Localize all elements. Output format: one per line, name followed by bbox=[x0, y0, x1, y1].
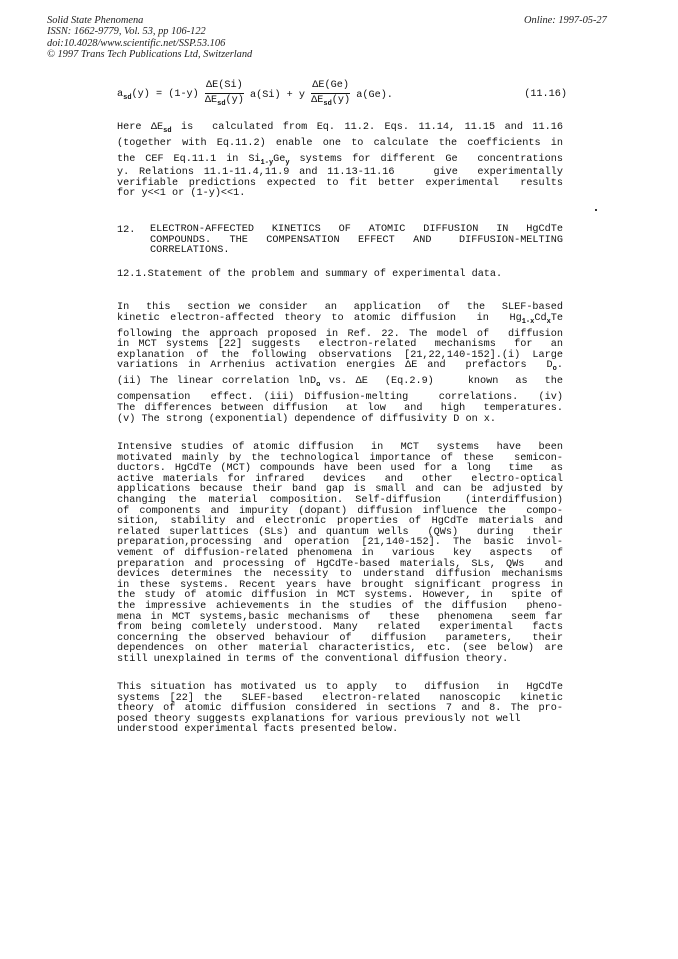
text-span: systems for different Ge concentrations bbox=[290, 154, 563, 165]
text-line: changing the material composition. Self-… bbox=[117, 496, 563, 507]
paragraph-section-intro: In this section we consider an applicati… bbox=[117, 303, 563, 425]
text-line: Intensive studies of atomic diffusion in… bbox=[117, 443, 563, 454]
fraction-ge: ΔE(Ge)ΔEsd(y) bbox=[311, 80, 350, 111]
text-span: is calculated from Eq. 11.2. Eqs. 11.14,… bbox=[172, 122, 563, 133]
subsection-12-1-heading: 12.1.Statement of the problem and summar… bbox=[117, 270, 563, 281]
fraction-si-denominator: ΔEsd(y) bbox=[205, 94, 244, 111]
text-line: (v) The strong (exponential) dependence … bbox=[117, 415, 563, 426]
paragraph-coefficients: Here ΔEsd is calculated from Eq. 11.2. E… bbox=[117, 120, 563, 200]
text-line: y. Relations 11.1-11.4,11.9 and 11.13-11… bbox=[117, 168, 563, 179]
text-line: kinetic electron-affected theory to atom… bbox=[117, 314, 563, 330]
journal-name: Solid State Phenomena bbox=[47, 15, 252, 26]
eq-mid: a(Si) + y bbox=[244, 90, 311, 101]
text-span: the CEF Eq.11.1 in Si bbox=[117, 154, 261, 165]
text-line: still unexplained in terms of the conven… bbox=[117, 655, 563, 666]
fraction-si: ΔE(Si)ΔEsd(y) bbox=[205, 80, 244, 111]
text-line: (ii) The linear correlation lnDo vs. ΔE … bbox=[117, 377, 563, 393]
equation-number: (11.16) bbox=[524, 89, 567, 100]
text-span: . bbox=[557, 360, 563, 371]
equation-body: asd(y) = (1-y) ΔE(Si)ΔEsd(y) a(Si) + y Δ… bbox=[117, 80, 393, 111]
paragraph-mct-studies: Intensive studies of atomic diffusion in… bbox=[117, 443, 563, 665]
text-span: Ge bbox=[273, 154, 285, 165]
den-a: ΔE bbox=[311, 95, 323, 106]
text-line: understood experimental facts presented … bbox=[117, 725, 563, 736]
subscript: sd bbox=[163, 127, 171, 135]
text-line: the impressive achievements in the studi… bbox=[117, 602, 563, 613]
text-line: vement of diffusion-related phenomena in… bbox=[117, 549, 563, 560]
den-b: (y) bbox=[332, 95, 350, 106]
text-span: Cd bbox=[534, 313, 546, 324]
text-line: for y<<1 or (1-y)<<1. bbox=[117, 189, 563, 200]
den-sub: sd bbox=[217, 100, 225, 108]
text-line: the CEF Eq.11.1 in Si1-yGey systems for … bbox=[117, 152, 563, 168]
online-date: Online: 1997-05-27 bbox=[524, 15, 607, 26]
equation-11-16: asd(y) = (1-y) ΔE(Si)ΔEsd(y) a(Si) + y Δ… bbox=[117, 76, 567, 116]
text-line: (together with Eq.11.2) enable one to ca… bbox=[117, 136, 563, 152]
issn-line: ISSN: 1662-9779, Vol. 53, pp 106-122 bbox=[47, 26, 252, 37]
den-b: (y) bbox=[226, 95, 244, 106]
text-span: Here ΔE bbox=[117, 122, 163, 133]
eq-lhs-sub: sd bbox=[123, 94, 131, 102]
text-span: kinetic electron-affected theory to atom… bbox=[117, 313, 522, 324]
text-line: Here ΔEsd is calculated from Eq. 11.2. E… bbox=[117, 120, 563, 136]
text-span: variations in Arrhenius activation energ… bbox=[117, 360, 553, 371]
subsection-title: 12.1.Statement of the problem and summar… bbox=[117, 270, 563, 281]
eq-lhs-tail: (y) = (1-y) bbox=[132, 89, 205, 100]
section-title-line: CORRELATIONS. bbox=[150, 246, 563, 257]
section-number: 12. bbox=[117, 225, 135, 236]
fraction-ge-denominator: ΔEsd(y) bbox=[311, 94, 350, 111]
text-line: This situation has motivated us to apply… bbox=[117, 683, 563, 694]
fraction-si-numerator: ΔE(Si) bbox=[205, 80, 244, 94]
stray-mark bbox=[595, 209, 597, 211]
den-sub: sd bbox=[323, 100, 331, 108]
text-span: Te bbox=[551, 313, 563, 324]
subscript: 1-x bbox=[522, 318, 535, 326]
text-span: vs. ΔE (Eq.2.9) known as the bbox=[320, 376, 563, 387]
doi-line: doi:10.4028/www.scientific.net/SSP.53.10… bbox=[47, 38, 252, 49]
section-12-heading: 12. ELECTRON-AFFECTED KINETICS OF ATOMIC… bbox=[117, 225, 563, 257]
subscript: 1-y bbox=[261, 159, 274, 167]
eq-tail: a(Ge). bbox=[350, 90, 393, 101]
publication-header: Solid State Phenomena ISSN: 1662-9779, V… bbox=[47, 15, 252, 61]
text-line: variations in Arrhenius activation energ… bbox=[117, 361, 563, 377]
fraction-ge-numerator: ΔE(Ge) bbox=[311, 80, 350, 94]
text-line: The differences between diffusion at low… bbox=[117, 404, 563, 415]
text-span: (ii) The linear correlation lnD bbox=[117, 376, 316, 387]
paragraph-motivation: This situation has motivated us to apply… bbox=[117, 683, 563, 736]
section-title-line: ELECTRON-AFFECTED KINETICS OF ATOMIC DIF… bbox=[150, 225, 563, 236]
copyright-line: © 1997 Trans Tech Publications Ltd, Swit… bbox=[47, 49, 252, 60]
den-a: ΔE bbox=[205, 95, 217, 106]
